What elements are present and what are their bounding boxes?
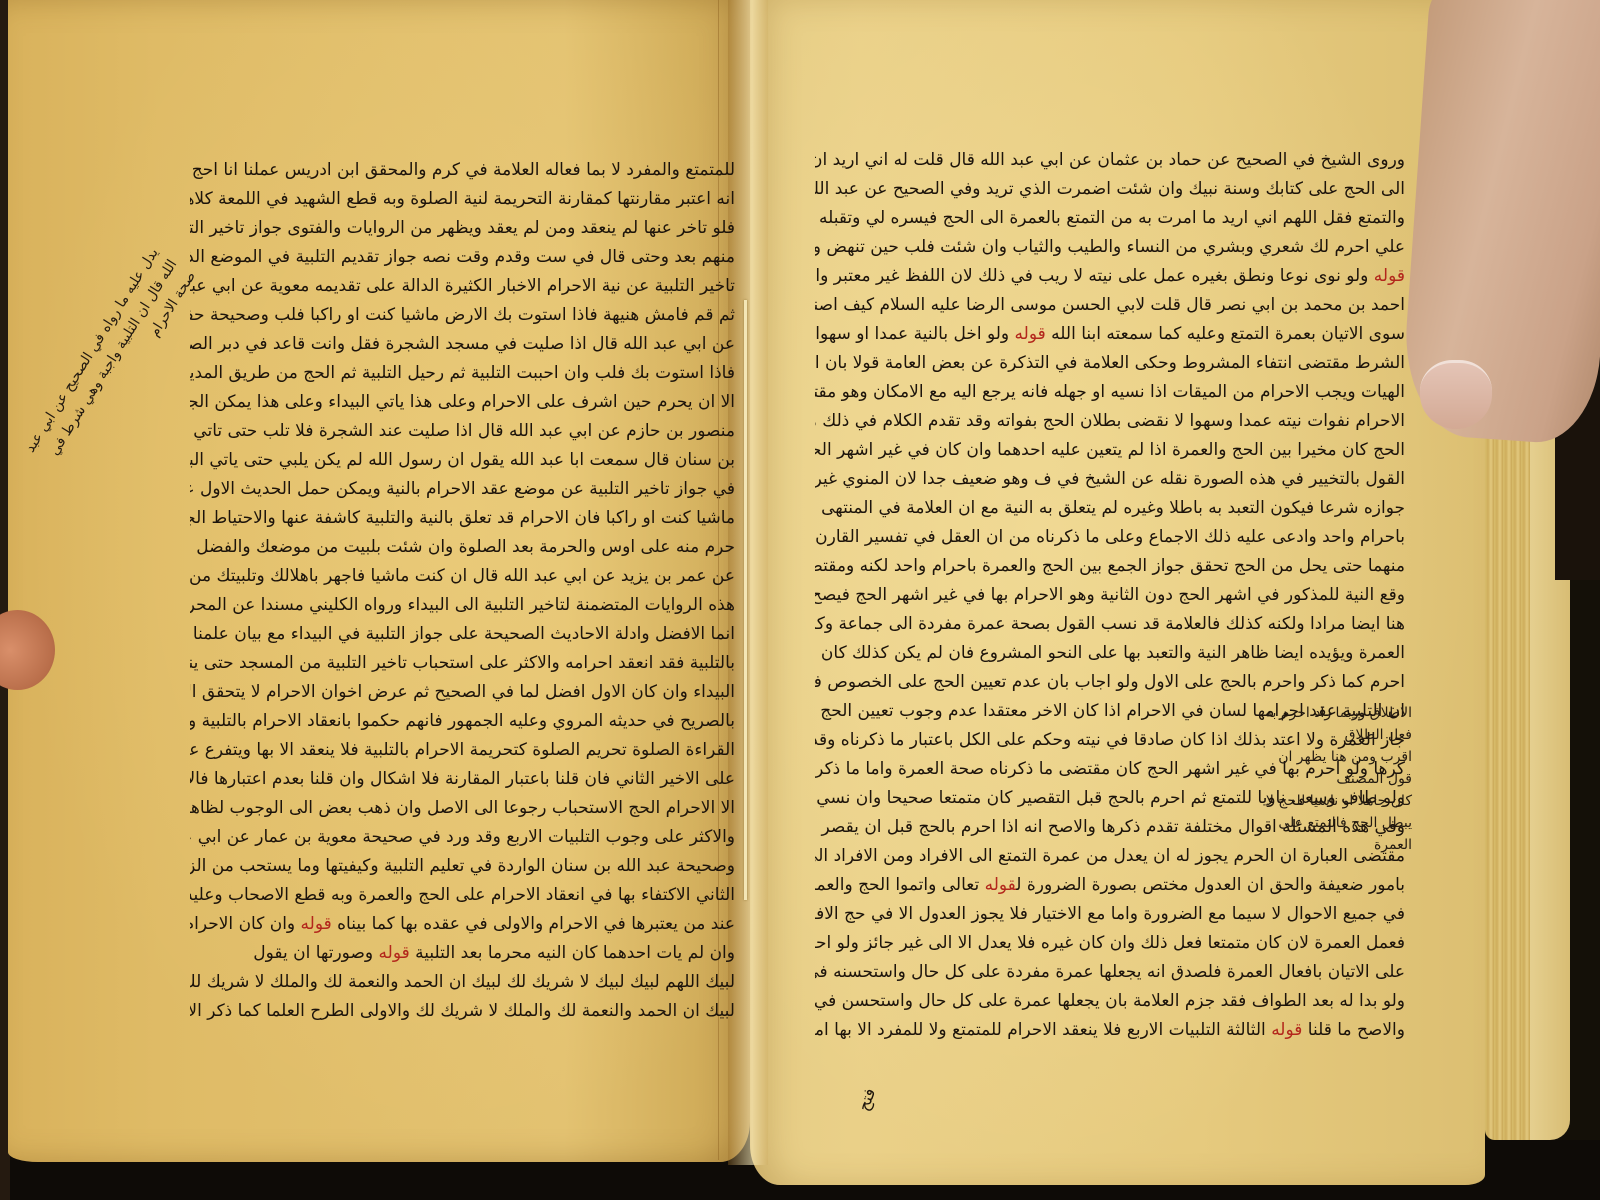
left-page-line: البيداء وان كان الاول افضل لما في الصحيح… <box>190 678 735 707</box>
right-page-line: على الاتيان بافعال العمرة فلصدق انه يجعل… <box>815 958 1405 987</box>
right-margin-note-line: كان جاهلا او ناسيا للحج لا يبطل الحج فال… <box>1262 790 1412 856</box>
left-page-line: بالصريح في حديثه المروي وعليه الجمهور فا… <box>190 707 735 736</box>
left-page-line: منهم بعد وحتى قال في ست وقدم وقت نصه جوا… <box>190 243 735 272</box>
right-page-line: وروى الشيخ في الصحيح عن حماد بن عثمان عن… <box>815 146 1405 175</box>
right-page-line: هنا ايضا مرادا ولكنه كذلك فالعلامة قد نس… <box>815 610 1405 639</box>
left-page-line: عن عمر بن يزيد عن ابي عبد الله قال ان كن… <box>190 562 735 591</box>
binding-thread <box>744 300 747 900</box>
left-page-line: في جواز تاخير التلبية عن موضع عقد الاحرا… <box>190 475 735 504</box>
left-page-line: فاذا استوت بك فلب وان احببت التلبية ثم ر… <box>190 359 735 388</box>
left-page-line: والاكثر على وجوب التلبيات الاربع وقد ورد… <box>190 823 735 852</box>
right-page-line: باحرام واحد وادعى عليه ذلك الاجماع وعلى … <box>815 523 1405 552</box>
left-page-line: عند من يعتبرها في الاحرام والاولى في عقد… <box>190 910 735 939</box>
rubric-qawluhu: قوله <box>301 914 332 934</box>
right-page-line: القول بالتخيير في هذه الصورة نقله عن الش… <box>815 465 1405 494</box>
left-page-line: فلو تاخر عنها لم ينعقد ومن لم يعقد ويظهر… <box>190 214 735 243</box>
right-page-line: احمد بن محمد بن ابي نصر قال قلت لابي الح… <box>815 291 1405 320</box>
rubric-qawluhu: قوله <box>1015 324 1046 344</box>
left-page-line: ماشيا كنت او راكبا فان الاحرام قد تعلق ب… <box>190 504 735 533</box>
left-page-line: الا الاحرام الحج الاستحباب رجوعا الى الا… <box>190 794 735 823</box>
right-page-line: منهما حتى يحل من الحج تحقق جواز الجمع بي… <box>815 552 1405 581</box>
right-page-line: في جميع الاحوال لا سيما مع الضرورة واما … <box>815 900 1405 929</box>
right-margin-note-line: اقرب ومن هنا يظهر ان قول المصنف <box>1262 746 1412 790</box>
right-page-line: الحج كان مخيرا بين الحج والعمرة اذا لم ي… <box>815 436 1405 465</box>
right-page-line: سوى الاتيان بعمرة التمتع وعليه كما سمعته… <box>815 320 1405 349</box>
right-page-line: الى الحج على كتابك وسنة نبيك وان شئت اضم… <box>815 175 1405 204</box>
right-page-line: الشرط مقتضى انتفاء المشروط وحكى العلامة … <box>815 349 1405 378</box>
left-page-line: ثم قم فامش هنيهة فاذا استوت بك الارض ماش… <box>190 301 735 330</box>
right-margin-note: الاطلاق وربما زاد احرم به فعل الطلاقاقرب… <box>1262 702 1412 856</box>
right-page-text: وروى الشيخ في الصحيح عن حماد بن عثمان عن… <box>815 146 1405 1045</box>
right-margin-note-line: الاطلاق وربما زاد احرم به فعل الطلاق <box>1262 702 1412 746</box>
left-page-line: بن سنان قال سمعت ابا عبد الله يقول ان رس… <box>190 446 735 475</box>
left-page-line: هذه الروايات المتضمنة لتاخير التلبية الى… <box>190 591 735 620</box>
right-page-line: العمرة ويؤيده ايضا ظاهر النية والتعبد به… <box>815 639 1405 668</box>
left-page-line: لبيك ان الحمد والنعمة لك والملك لا شريك … <box>190 997 735 1026</box>
rubric-qawluhu: قوله <box>1374 266 1405 286</box>
manuscript-photo: للمتمتع والمفرد لا بما فعاله العلامة في … <box>0 0 1600 1200</box>
right-page-line: الاحرام نفوات نيته عمدا وسهوا لا نقضى بط… <box>815 407 1405 436</box>
right-page-line: والاصح ما قلنا قوله الثالثة التلبيات الا… <box>815 1016 1405 1045</box>
left-page-line: لبيك اللهم لبيك لبيك لا شريك لك لبيك ان … <box>190 968 735 997</box>
left-page-line: الا ان يحرم حين اشرف على الاحرام وعلى هذ… <box>190 388 735 417</box>
right-page-line: وقع النية للمذكور في اشهر الحج دون الثان… <box>815 581 1405 610</box>
right-page-line: والتمتع فقل اللهم اني اريد ما امرت به من… <box>815 204 1405 233</box>
right-page-line: جوازه شرعا فيكون التعبد به باطلا وغيره ل… <box>815 494 1405 523</box>
left-page-line: انه اعتبر مقارنتها كمقارنة التحريمة لنية… <box>190 185 735 214</box>
right-page-line: علي احرم لك شعري وبشري من النساء والطيب … <box>815 233 1405 262</box>
left-page-line: منصور بن حازم عن ابي عبد الله قال اذا صل… <box>190 417 735 446</box>
left-page-line: القراءة الصلوة تحريم الصلوة كتحريمة الاح… <box>190 736 735 765</box>
left-page-line: للمتمتع والمفرد لا بما فعاله العلامة في … <box>190 156 735 185</box>
left-page-text: للمتمتع والمفرد لا بما فعاله العلامة في … <box>190 156 735 1026</box>
left-page-line: وان لم يات احدهما كان النيه محرما بعد ال… <box>190 939 735 968</box>
rubric-qawluhu: قوله <box>1271 1020 1302 1040</box>
left-page-line: انما الافضل وادلة الاحاديث الصحيحة على ج… <box>190 620 735 649</box>
left-page-line: وصحيحة عبد الله بن سنان الواردة في تعليم… <box>190 852 735 881</box>
right-page-line: ولو بدا له بعد الطواف فقد جزم العلامة با… <box>815 987 1405 1016</box>
left-page-line: تاخير التلبية عن نية الاحرام الاخبار الك… <box>190 272 735 301</box>
right-page-line: قوله ولو نوى نوعا ونطق بغيره عمل على نيت… <box>815 262 1405 291</box>
right-thumbnail <box>1420 360 1492 429</box>
left-page-line: حرم منه على اوس والحرمة بعد الصلوة وان ش… <box>190 533 735 562</box>
right-page-line: فعمل العمرة لان كان متمتعا فعل ذلك وان ك… <box>815 929 1405 958</box>
rubric-qawluhu: قوله <box>985 875 1017 895</box>
right-page-line: بامور ضعيفة والحق ان العدول مختص بصورة ا… <box>815 871 1405 900</box>
left-page-line: على الاخير الثاني فان قلنا باعتبار المقا… <box>190 765 735 794</box>
right-page-line: الهيات ويجب الاحرام من الميقات اذا نسيه … <box>815 378 1405 407</box>
left-page-line: عن ابي عبد الله قال اذا صليت في مسجد الش… <box>190 330 735 359</box>
rubric-qawluhu: قوله <box>379 943 410 963</box>
left-page-line: الثاني الاكتفاء بها في انعقاد الاحرام عل… <box>190 881 735 910</box>
left-page-line: بالتلبية فقد انعقد احرامه والاكثر على اس… <box>190 649 735 678</box>
right-page-line: احرم كما ذكر واحرم بالحج على الاول ولو ا… <box>815 668 1405 697</box>
